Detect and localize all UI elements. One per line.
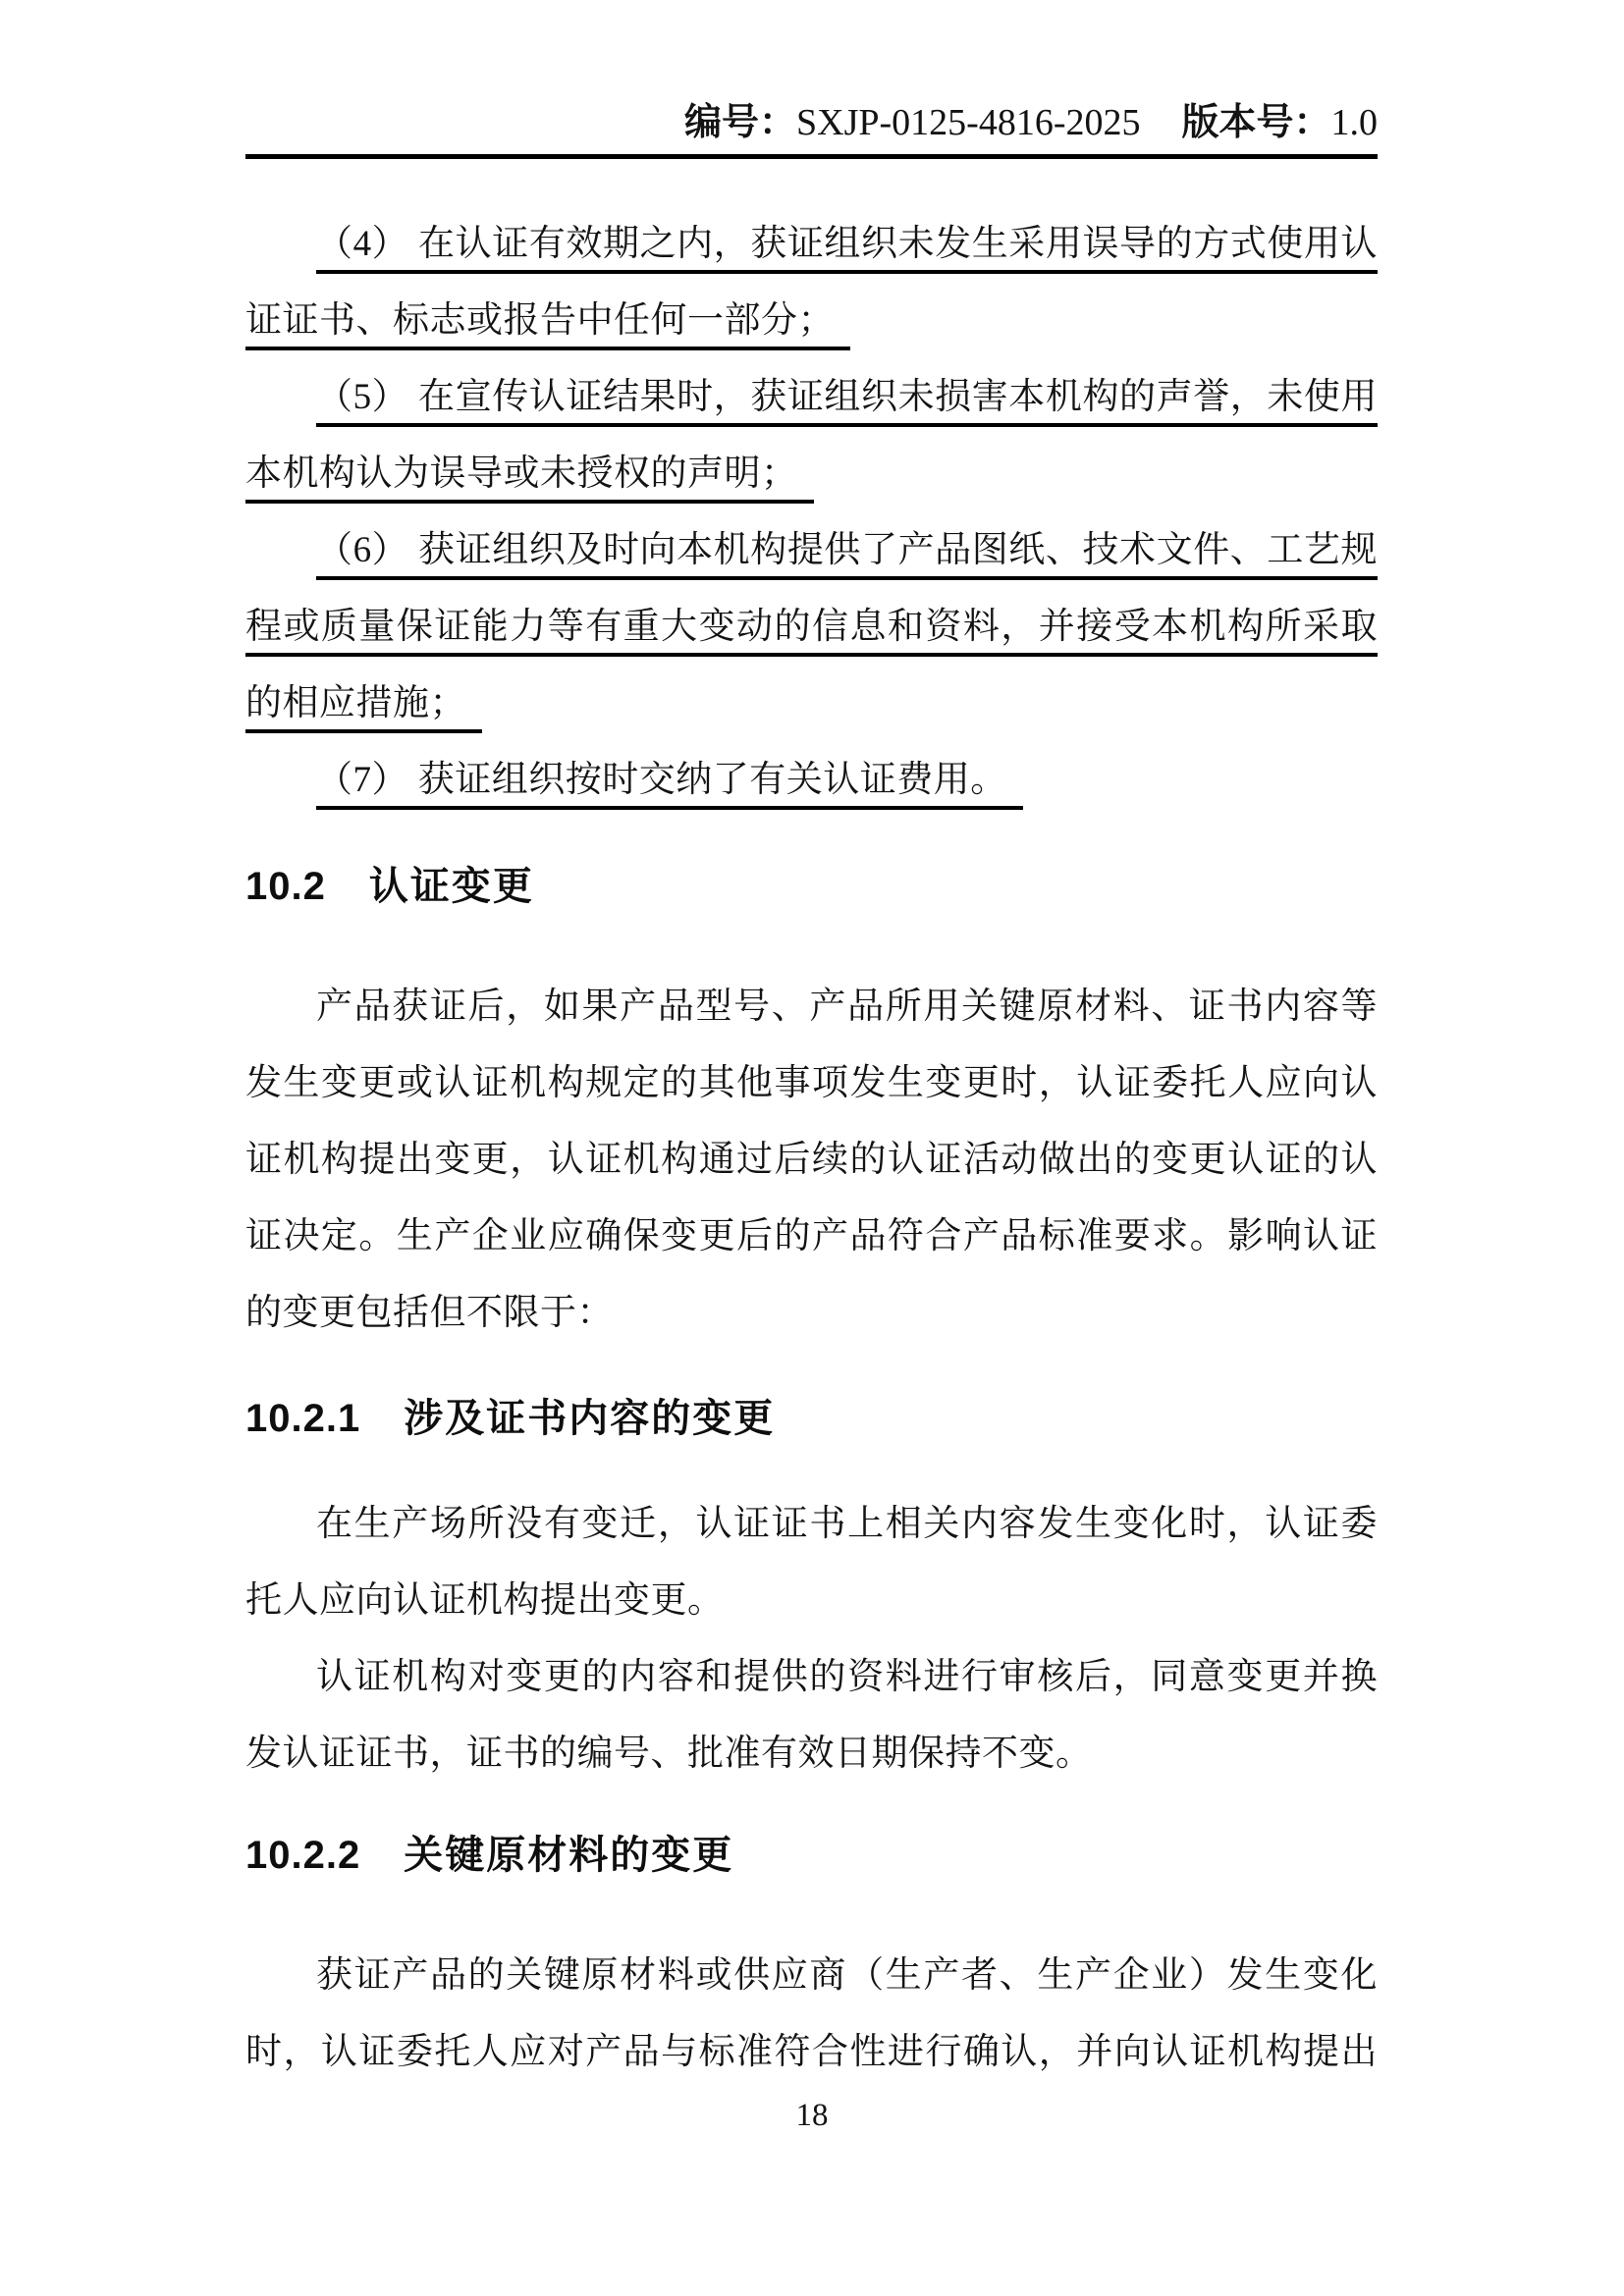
line-text: （5） 在宣传认证结果时，获证组织未损害本机构的声誉，未使用 xyxy=(316,375,1378,427)
doc-number-label: 编号： xyxy=(684,102,796,143)
line-text: 程或质量保证能力等有重大变动的信息和资料，并接受本机构所采取 xyxy=(245,605,1378,657)
section-title: 涉及证书内容的变更 xyxy=(404,1397,775,1440)
line-text: （4） 在认证有效期之内，获证组织未发生采用误导的方式使用认 xyxy=(316,222,1378,274)
line-text: 证证书、标志或报告中任何一部分； xyxy=(245,298,850,350)
para-10-2-line-3: 证机构提出变更，认证机构通过后续的认证活动做出的变更认证的认 xyxy=(245,1138,1378,1189)
header-rule xyxy=(245,154,1378,159)
para-10-2-line-1: 产品获证后，如果产品型号、产品所用关键原材料、证书内容等 xyxy=(316,985,1378,1036)
line-text: （7） 获证组织按时交纳了有关认证费用。 xyxy=(316,758,1023,810)
line-text: 发认证证书，证书的编号、批准有效日期保持不变。 xyxy=(245,1732,1093,1777)
clause-6-line-1: （6） 获证组织及时向本机构提供了产品图纸、技术文件、工艺规 xyxy=(316,528,1378,579)
clause-6-line-3: 的相应措施； xyxy=(245,681,1378,732)
line-text: 获证产品的关键原材料或供应商（生产者、生产企业）发生变化 xyxy=(316,1953,1378,1999)
line-text: （6） 获证组织及时向本机构提供了产品图纸、技术文件、工艺规 xyxy=(316,528,1378,580)
section-number: 10.2 xyxy=(245,865,326,908)
line-text: 托人应向认证机构提出变更。 xyxy=(245,1578,725,1624)
line-text: 认证机构对变更的内容和提供的资料进行审核后，同意变更并换 xyxy=(316,1655,1378,1700)
para-10-2-2-line-1: 获证产品的关键原材料或供应商（生产者、生产企业）发生变化 xyxy=(316,1953,1378,2004)
doc-number-value: SXJP-0125-4816-2025 xyxy=(796,102,1140,143)
section-heading-10-2-2: 10.2.2关键原材料的变更 xyxy=(245,1831,733,1884)
para-10-2-1b-line-2: 发认证证书，证书的编号、批准有效日期保持不变。 xyxy=(245,1732,1378,1783)
para-10-2-line-2: 发生变更或认证机构规定的其他事项发生变更时，认证委托人应向认 xyxy=(245,1061,1378,1112)
clause-5-line-2: 本机构认为误导或未授权的声明； xyxy=(245,452,1378,503)
section-heading-10-2: 10.2认证变更 xyxy=(245,862,534,915)
clause-4-line-2: 证证书、标志或报告中任何一部分； xyxy=(245,298,1378,349)
line-text: 产品获证后，如果产品型号、产品所用关键原材料、证书内容等 xyxy=(316,985,1378,1030)
section-heading-10-2-1: 10.2.1涉及证书内容的变更 xyxy=(245,1394,775,1447)
line-text: 在生产场所没有变迁，认证证书上相关内容发生变化时，认证委 xyxy=(316,1502,1378,1547)
line-text: 的相应措施； xyxy=(245,681,482,733)
clause-4-line-1: （4） 在认证有效期之内，获证组织未发生采用误导的方式使用认 xyxy=(316,222,1378,273)
clause-6-line-2: 程或质量保证能力等有重大变动的信息和资料，并接受本机构所采取 xyxy=(245,605,1378,656)
para-10-2-1a-line-2: 托人应向认证机构提出变更。 xyxy=(245,1578,1378,1629)
para-10-2-line-5: 的变更包括但不限于： xyxy=(245,1291,1378,1342)
line-text: 证决定。生产企业应确保变更后的产品符合产品标准要求。影响认证 xyxy=(245,1214,1378,1259)
version-label: 版本号： xyxy=(1181,102,1330,143)
line-text: 证机构提出变更，认证机构通过后续的认证活动做出的变更认证的认 xyxy=(245,1138,1378,1183)
page-header: 编号：SXJP-0125-4816-2025版本号：1.0 xyxy=(245,98,1378,147)
page-number: 18 xyxy=(0,2095,1624,2136)
clause-7-line-1: （7） 获证组织按时交纳了有关认证费用。 xyxy=(316,758,1378,809)
section-number: 10.2.2 xyxy=(245,1834,360,1877)
section-title: 关键原材料的变更 xyxy=(404,1834,733,1877)
line-text: 本机构认为误导或未授权的声明； xyxy=(245,452,814,504)
para-10-2-1a-line-1: 在生产场所没有变迁，认证证书上相关内容发生变化时，认证委 xyxy=(316,1502,1378,1553)
para-10-2-2-line-2: 时，认证委托人应对产品与标准符合性进行确认，并向认证机构提出 xyxy=(245,2030,1378,2081)
line-text: 的变更包括但不限于： xyxy=(245,1291,614,1336)
section-number: 10.2.1 xyxy=(245,1397,360,1440)
line-text: 时，认证委托人应对产品与标准符合性进行确认，并向认证机构提出 xyxy=(245,2030,1378,2075)
para-10-2-1b-line-1: 认证机构对变更的内容和提供的资料进行审核后，同意变更并换 xyxy=(316,1655,1378,1706)
line-text: 发生变更或认证机构规定的其他事项发生变更时，认证委托人应向认 xyxy=(245,1061,1378,1106)
document-page: 编号：SXJP-0125-4816-2025版本号：1.0 （4） 在认证有效期… xyxy=(0,0,1624,2296)
version-value: 1.0 xyxy=(1331,102,1379,143)
clause-5-line-1: （5） 在宣传认证结果时，获证组织未损害本机构的声誉，未使用 xyxy=(316,375,1378,426)
para-10-2-line-4: 证决定。生产企业应确保变更后的产品符合产品标准要求。影响认证 xyxy=(245,1214,1378,1265)
section-title: 认证变更 xyxy=(369,865,534,908)
